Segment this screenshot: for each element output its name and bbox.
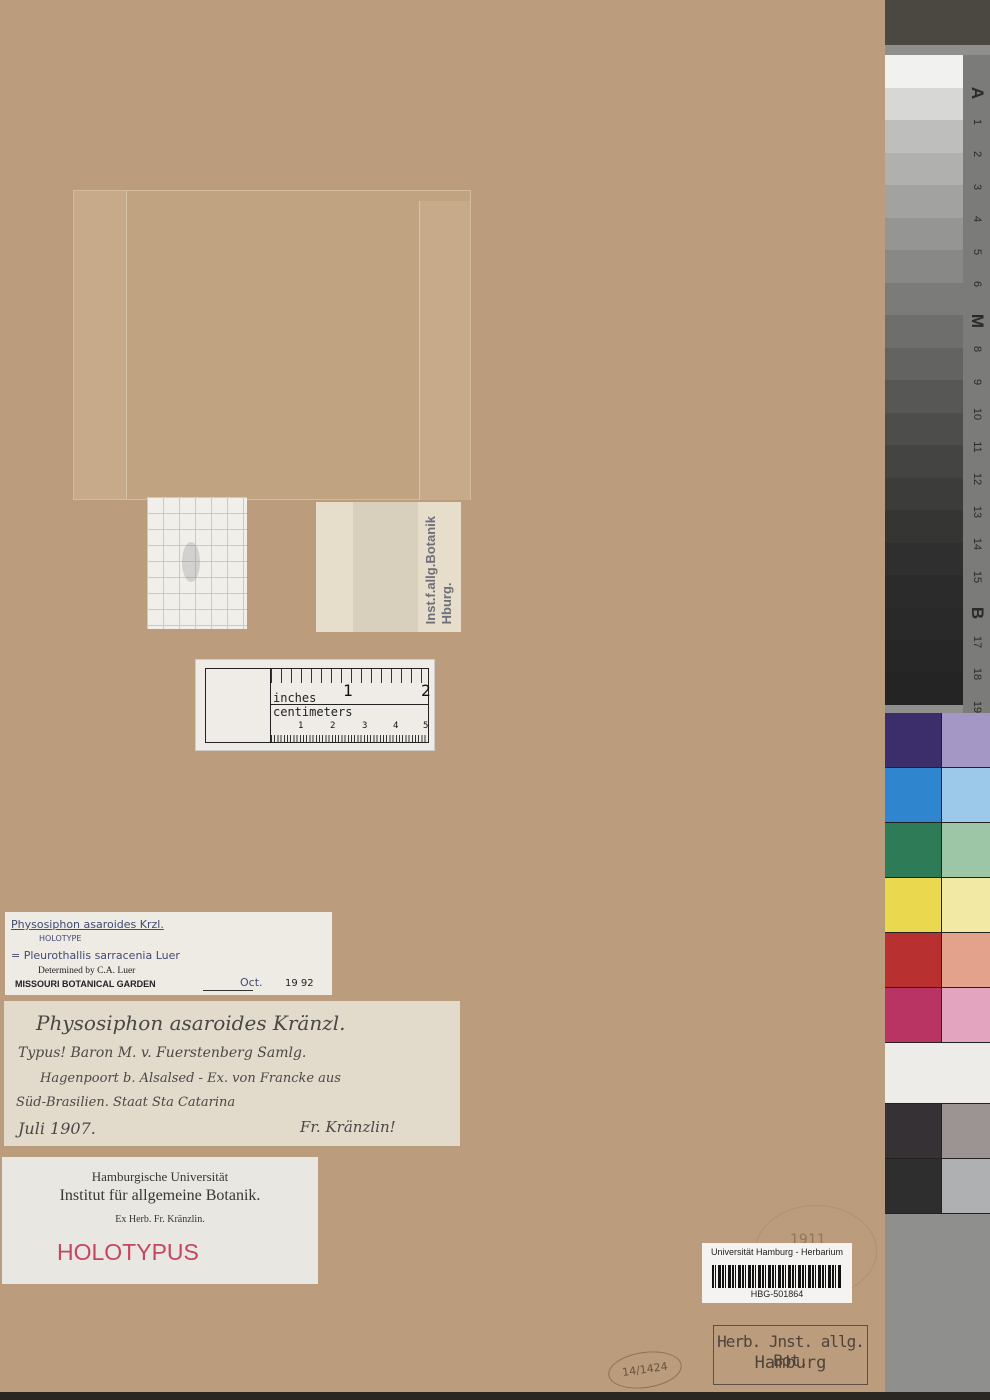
gray-label: 13 [971,502,983,522]
color-row [885,878,990,933]
gray-label: 8 [971,339,983,359]
gray-swatch [885,478,963,511]
gray-label: 6 [971,274,983,294]
determiner: Determined by C.A. Luer [38,966,135,976]
gray-swatch [885,510,963,543]
color-swatch-dark [885,823,942,877]
color-row [885,713,990,768]
label-line-2: Typus! Baron M. v. Fuerstenberg Samlg. [18,1045,306,1061]
gray-label: A [967,83,987,103]
university-name: Hamburgische Universität [2,1169,318,1185]
institute-label: Hamburgische Universität Institut für al… [2,1157,318,1284]
color-swatch-dark [885,768,942,822]
gray-swatch [885,153,963,186]
color-swatch-dark [885,988,942,1042]
specimen-envelope[interactable] [73,190,471,500]
label-line-1: Physosiphon asaroides Kränzl. [36,1011,346,1035]
gray-label: M [967,311,987,331]
inch-mark-2: 2 [421,681,431,700]
color-swatch-dark [885,1159,942,1213]
stamp-line-2: Hamburg [714,1353,867,1373]
synonym-name: = Pleurothallis sarracenia Luer [11,949,180,962]
cm-mark-3: 3 [362,721,367,731]
gray-swatch [885,315,963,348]
color-swatches [885,713,990,1214]
target-top-edge [885,0,990,45]
scale-bar: inches 1 2 centimeters 1 2 3 4 5 [195,659,435,751]
color-swatch-dark [885,878,942,932]
gray-label: 3 [971,177,983,197]
taxon-name: Physosiphon asaroides Krzl. [11,918,164,931]
gray-swatch [885,348,963,381]
label-line-4: Süd-Brasilien. Staat Sta Catarina [16,1095,235,1110]
inches-label: inches [273,691,316,705]
color-row [885,933,990,988]
cm-mark-2: 2 [330,721,335,731]
color-swatch-light [942,823,990,877]
color-swatch-dark [885,1104,942,1158]
packet-band [353,502,418,632]
type-status: HOLOTYPE [39,934,81,943]
cm-mark-4: 4 [393,721,398,731]
grid-paper-fragment [147,497,247,629]
gray-scale-swatches [885,55,963,705]
determination-month: Oct. [240,976,263,989]
institution-name: MISSOURI BOTANICAL GARDEN [15,979,156,989]
collection-date: Juli 1907. [18,1119,96,1138]
scan-bottom-edge [0,1392,990,1400]
gray-swatch [885,218,963,251]
gray-swatch [885,575,963,608]
color-swatch-light [942,1104,990,1158]
gray-swatch [885,250,963,283]
herbarium-source: Ex Herb. Fr. Kränzlin. [2,1214,318,1225]
gray-swatch [885,88,963,121]
barcode-icon [712,1265,842,1288]
collector-signature: Fr. Kränzlin! [300,1118,396,1136]
color-row [885,988,990,1043]
gray-swatch [885,283,963,316]
color-swatch-light [942,988,990,1042]
envelope-right-flap [419,201,470,500]
original-collection-label: Physosiphon asaroides Kränzl. Typus! Bar… [4,1001,460,1146]
gray-swatch [885,673,963,706]
specimen-packet: Inst.f.allg.Botanik Hburg. [316,502,461,632]
gray-swatch [885,380,963,413]
packet-stamp: Inst.f.allg.Botanik Hburg. [423,516,455,624]
gray-label: 18 [971,664,983,684]
gray-swatch [885,413,963,446]
gray-label: 2 [971,144,983,164]
color-row [885,823,990,878]
gray-label: 4 [971,209,983,229]
barcode-id: HBG-501864 [702,1289,852,1299]
gray-label: 14 [971,534,983,554]
color-swatch-light [942,768,990,822]
gray-label: 15 [971,567,983,587]
gray-swatch [885,55,963,88]
gray-label: 11 [971,437,983,457]
accession-number: 14/1424 [606,1347,684,1393]
color-swatch-light [941,1043,990,1103]
gray-label: 5 [971,242,983,262]
herbarium-sheet: Inst.f.allg.Botanik Hburg. inches 1 2 ce… [0,0,885,1400]
gray-swatch [885,185,963,218]
color-calibration-target: A123456M89101112131415B171819 [885,0,990,1400]
gray-label: B [967,603,987,623]
color-swatch-light [942,933,990,987]
gray-swatch [885,120,963,153]
cm-mark-1: 1 [298,721,303,731]
institute-name: Institut für allgemeine Botanik. [2,1187,318,1205]
gray-label: 10 [971,404,983,424]
color-row [885,768,990,823]
cm-ticks [271,735,428,742]
gray-scale-labels: A123456M89101112131415B171819 [963,55,990,715]
color-swatch-light [942,713,990,767]
date-line [203,990,253,991]
determination-label: Physosiphon asaroides Krzl. HOLOTYPE = P… [5,912,332,995]
barcode-title: Universität Hamburg - Herbarium [702,1247,852,1257]
gray-swatch [885,543,963,576]
holotypus-stamp: HOLOTYPUS [57,1239,199,1266]
label-line-3: Hagenpoort b. Alsalsed - Ex. von Francke… [40,1071,341,1086]
color-swatch-light [942,878,990,932]
gray-swatch [885,608,963,641]
centimeters-label: centimeters [273,705,352,719]
gray-swatch [885,640,963,673]
herbarium-stamp: Herb. Jnst. allg. Bot. Hamburg [713,1325,868,1385]
gray-label: 1 [971,112,983,132]
gray-label: 9 [971,372,983,392]
color-swatch-dark [885,713,942,767]
color-row [885,1043,990,1104]
color-row [885,1104,990,1159]
cm-mark-5: 5 [423,721,428,731]
determination-year: 19 92 [285,978,314,989]
envelope-left-flap [74,191,127,499]
gray-swatch [885,445,963,478]
barcode-label[interactable]: Universität Hamburg - Herbarium HBG-5018… [702,1243,852,1303]
color-swatch-dark [885,933,942,987]
color-swatch-dark [885,1043,941,1103]
color-swatch-light [942,1159,990,1213]
gray-label: 17 [971,632,983,652]
gray-label: 12 [971,469,983,489]
inch-mark-1: 1 [343,681,353,700]
specimen-fragment [182,542,200,582]
color-row [885,1159,990,1214]
